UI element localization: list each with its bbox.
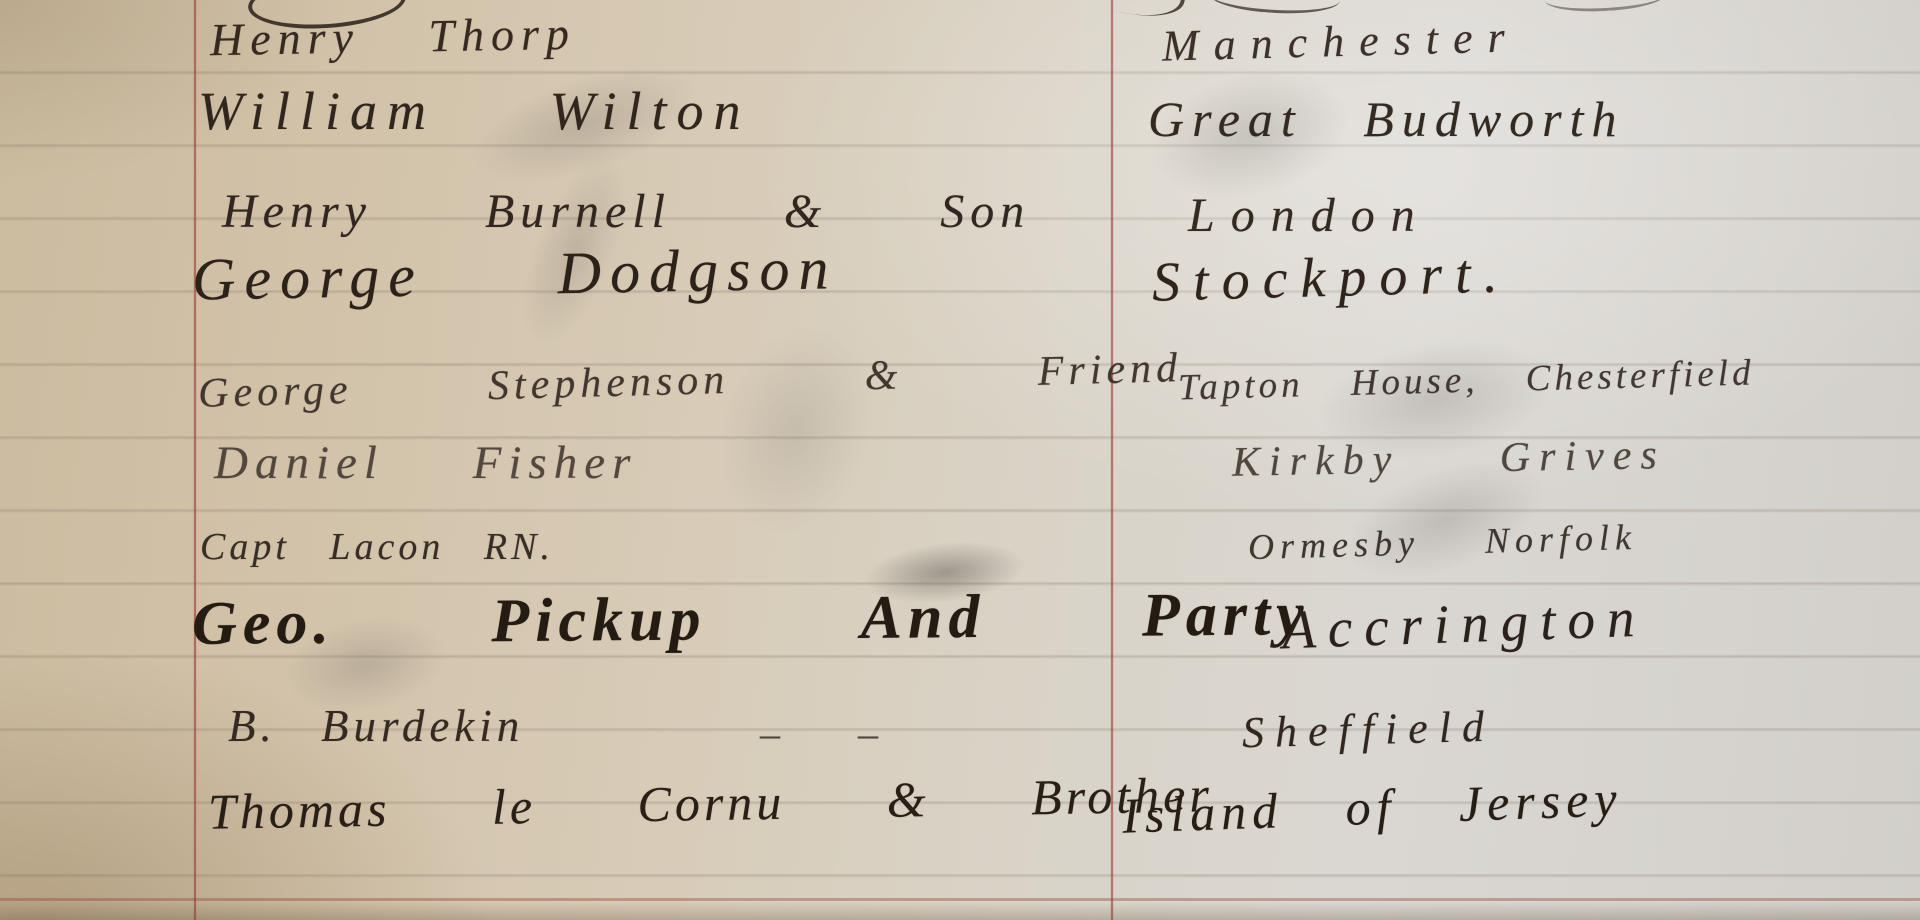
entry-name: Capt Lacon RN. [200,528,554,566]
entry-place: London [1188,192,1431,240]
margin-rule-left [194,0,196,920]
entry-place: Manchester [1161,15,1520,68]
entry-place: Ormesby Norfolk [1248,519,1638,565]
entry-name: William Wilton [198,84,751,138]
entry-place: Tapton House, Chesterfield [1178,354,1755,406]
smudge [653,257,938,603]
register-page: Henry Thorp Manchester William Wilton Gr… [0,0,1920,920]
entry-place: Accrington [1281,590,1647,658]
entry-place: Stockport. [1151,245,1511,310]
entry-place: Sheffield [1241,705,1495,756]
entry-name: B. Burdekin [228,704,524,749]
entry-name: Daniel Fisher [214,440,637,487]
entry-name: Thomas le Cornu & Brother [208,769,1214,837]
footer-rule [0,898,1920,901]
page-edge-shadow [0,902,1920,920]
entry-name: Henry Burnell & Son [222,188,1030,236]
cutoff-flourish [1209,0,1341,17]
entry-name: Henry Thorp [210,11,577,63]
entry-place: Kirkby Grives [1232,434,1666,484]
entry-place: Great Budworth [1148,94,1625,144]
entry-name: George Stephenson & Friend [198,347,1183,415]
entry-name: George Dodgson [192,238,838,309]
ditto-dash: – – [760,714,912,754]
cutoff-flourish [1544,0,1665,14]
entry-name: Geo. Pickup And Party [192,583,1310,655]
